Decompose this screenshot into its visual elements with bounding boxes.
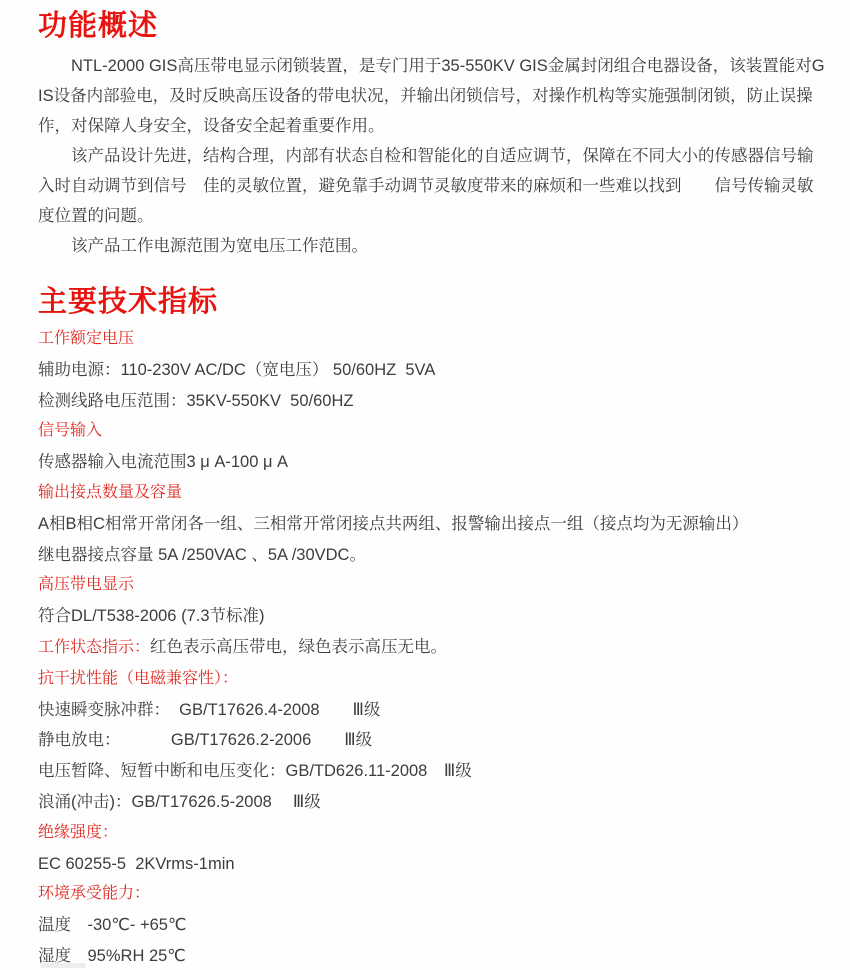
spec-line-status-indication: 工作状态指示：红色表示高压带电，绿色表示高压无电。 [38, 632, 826, 664]
overview-paragraph-2: 该产品设计先进，结构合理，内部有状态自检和智能化的自适应调节，保障在不同大小的传… [38, 141, 826, 231]
spec-line-emc-esd: 静电放电： GB/T17626.2-2006 Ⅲ级 [38, 725, 826, 756]
spec-line-sensor-current: 传感器输入电流范围3 μ A-100 μ A [38, 447, 826, 478]
spec-subheading-signal-input: 信号输入 [38, 416, 826, 447]
spec-line-insulation-value: EC 60255-5 2KVrms-1min [38, 849, 826, 880]
spec-line-aux-power: 辅助电源：110-230V AC/DC（宽电压） 50/60HZ 5VA [38, 355, 826, 386]
spec-line-humidity: 湿度 95%RH 25℃ [38, 941, 826, 970]
spec-subheading-environment: 环境承受能力： [38, 879, 826, 910]
section-heading-specs: 主要技术指标 [38, 284, 826, 320]
spec-line-temperature: 温度 -30℃- +65℃ [38, 910, 826, 941]
status-indication-value: 红色表示高压带电，绿色表示高压无电。 [150, 638, 447, 656]
spec-line-standard: 符合DL/T538-2006 (7.3节标准) [38, 601, 826, 632]
status-indication-label: 工作状态指示： [38, 639, 150, 656]
spec-subheading-output-contacts: 输出接点数量及容量 [38, 478, 826, 509]
spec-line-emc-burst: 快速瞬变脉冲群： GB/T17626.4-2008 Ⅲ级 [38, 695, 826, 726]
section-heading-overview: 功能概述 [38, 8, 826, 44]
spec-line-emc-surge: 浪涌(冲击)：GB/T17626.5-2008 Ⅲ级 [38, 787, 826, 818]
spec-line-relay-capacity: 继电器接点容量 5A /250VAC 、5A /30VDC。 [38, 540, 826, 571]
spec-line-contact-groups: A相B相C相常开常闭各一组、三相常开常闭接点共两组、报警输出接点一组（接点均为无… [38, 509, 826, 540]
cutoff-next-section-artifact [40, 963, 86, 968]
overview-paragraph-3: 该产品工作电源范围为宽电压工作范围。 [38, 231, 826, 261]
spec-subheading-insulation: 绝缘强度： [38, 818, 826, 849]
spec-line-emc-dips: 电压暂降、短暂中断和电压变化：GB/TD626.11-2008 Ⅲ级 [38, 756, 826, 787]
spec-subheading-hv-display: 高压带电显示 [38, 570, 826, 601]
document-page: 功能概述 NTL-2000 GIS高压带电显示闭锁装置，是专门用于35-550K… [0, 0, 850, 970]
spec-subheading-emc: 抗干扰性能（电磁兼容性）： [38, 664, 826, 695]
spec-subheading-rated-voltage: 工作额定电压 [38, 324, 826, 355]
overview-paragraph-1: NTL-2000 GIS高压带电显示闭锁装置，是专门用于35-550KV GIS… [38, 51, 826, 141]
spec-line-detect-range: 检测线路电压范围：35KV-550KV 50/60HZ [38, 386, 826, 417]
